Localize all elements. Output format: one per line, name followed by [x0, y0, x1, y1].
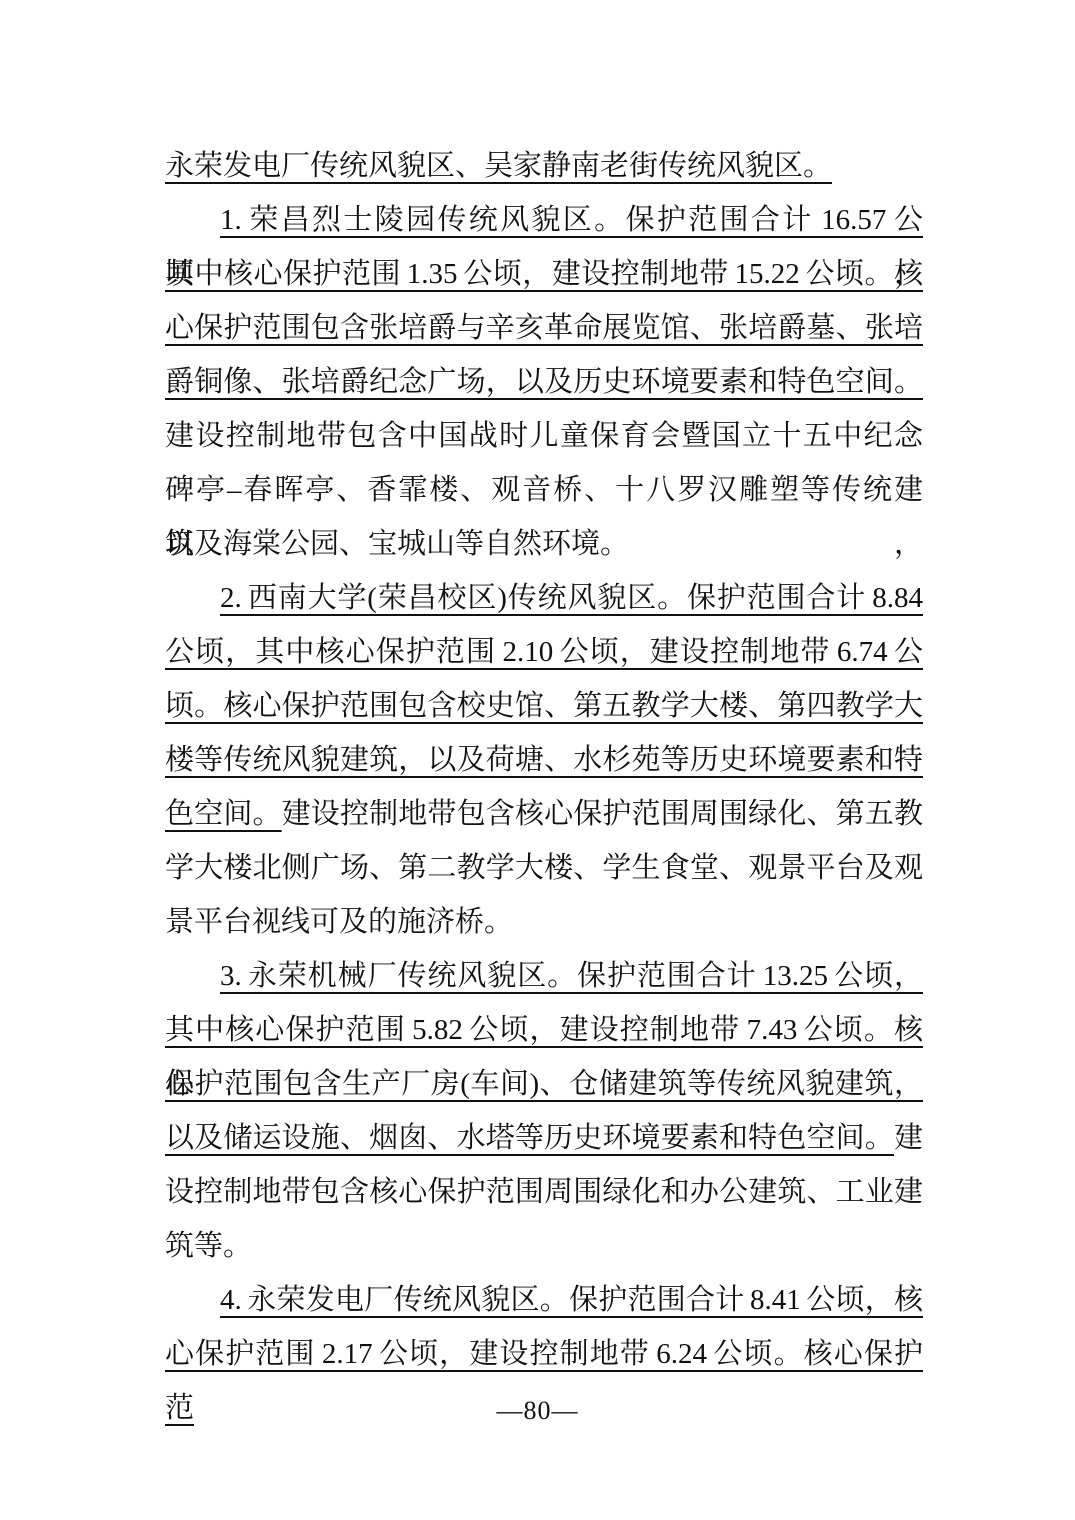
- document-page: 永荣发电厂传统风貌区、吴家静南老街传统风貌区。1. 荣昌烈士陵园传统风貌区。保护…: [0, 0, 1075, 1520]
- text-segment: 以及海棠公园、宝城山等自然环境。: [165, 528, 629, 560]
- text-line: 建设控制地带包含中国战时儿童保育会暨国立十五中纪念: [165, 409, 923, 463]
- page-number: —80—: [0, 1396, 1075, 1426]
- text-segment: 建设控制地带包含中国战时儿童保育会暨国立十五中纪念: [165, 420, 923, 452]
- underlined-text-segment: 爵铜像、张培爵纪念广场，以及历史环境要素和特色空间。: [165, 366, 923, 398]
- text-line: 爵铜像、张培爵纪念广场，以及历史环境要素和特色空间。: [165, 355, 923, 409]
- underlined-text-segment: 色空间。: [165, 798, 282, 830]
- text-line: 心保护范围 2.17 公顷，建设控制地带 6.24 公顷。核心保护范: [165, 1327, 923, 1381]
- underlined-text-segment: 2. 西南大学(荣昌校区)传统风貌区。保护范围合计 8.84: [220, 582, 923, 614]
- text-line: 2. 西南大学(荣昌校区)传统风貌区。保护范围合计 8.84: [165, 571, 923, 625]
- text-segment: 学大楼北侧广场、第二教学大楼、学生食堂、观景平台及观: [165, 852, 923, 884]
- text-line: 3. 永荣机械厂传统风貌区。保护范围合计 13.25 公顷，: [165, 949, 923, 1003]
- text-segment: 景平台视线可及的施济桥。: [165, 906, 513, 938]
- text-segment: 设控制地带包含核心保护范围周围绿化和办公建筑、工业建: [165, 1176, 923, 1208]
- text-line: 学大楼北侧广场、第二教学大楼、学生食堂、观景平台及观: [165, 841, 923, 895]
- text-line: 楼等传统风貌建筑，以及荷塘、水杉苑等历史环境要素和特: [165, 733, 923, 787]
- text-line: 公顷，其中核心保护范围 2.10 公顷，建设控制地带 6.74 公: [165, 625, 923, 679]
- underlined-text-segment: 其中核心保护范围 1.35 公顷，建设控制地带 15.22 公顷。核: [165, 258, 923, 290]
- text-line: 4. 永荣发电厂传统风貌区。保护范围合计 8.41 公顷，核: [165, 1273, 923, 1327]
- text-segment: 建设控制地带包含核心保护范围周围绿化、第五教: [282, 798, 923, 830]
- underlined-text-segment: 4. 永荣发电厂传统风貌区。保护范围合计 8.41 公顷，核: [220, 1284, 923, 1316]
- document-body: 永荣发电厂传统风貌区、吴家静南老街传统风貌区。1. 荣昌烈士陵园传统风貌区。保护…: [165, 139, 923, 1381]
- text-line: 色空间。建设控制地带包含核心保护范围周围绿化、第五教: [165, 787, 923, 841]
- underlined-text-segment: 3. 永荣机械厂传统风貌区。保护范围合计 13.25 公顷，: [220, 960, 923, 992]
- underlined-text-segment: 保护范围包含生产厂房(车间)、仓储建筑等传统风貌建筑，: [165, 1068, 923, 1100]
- text-line: 其中核心保护范围 1.35 公顷，建设控制地带 15.22 公顷。核: [165, 247, 923, 301]
- underlined-text-segment: 以及储运设施、烟囱、水塔等历史环境要素和特色空间。: [165, 1122, 894, 1154]
- text-line: 筑等。: [165, 1219, 923, 1273]
- underlined-text-segment: 永荣发电厂传统风貌区、吴家静南老街传统风貌区。: [165, 150, 832, 182]
- text-line: 景平台视线可及的施济桥。: [165, 895, 923, 949]
- text-line: 1. 荣昌烈士陵园传统风貌区。保护范围合计 16.57 公顷，: [165, 193, 923, 247]
- text-line: 设控制地带包含核心保护范围周围绿化和办公建筑、工业建: [165, 1165, 923, 1219]
- underlined-text-segment: 楼等传统风貌建筑，以及荷塘、水杉苑等历史环境要素和特: [165, 744, 923, 776]
- underlined-text-segment: 公顷，其中核心保护范围 2.10 公顷，建设控制地带 6.74 公: [165, 636, 923, 668]
- underlined-text-segment: 心保护范围包含张培爵与辛亥革命展览馆、张培爵墓、张培: [165, 312, 923, 344]
- underlined-text-segment: 顷。核心保护范围包含校史馆、第五教学大楼、第四教学大: [165, 690, 923, 722]
- text-line: 顷。核心保护范围包含校史馆、第五教学大楼、第四教学大: [165, 679, 923, 733]
- text-line: 以及储运设施、烟囱、水塔等历史环境要素和特色空间。建: [165, 1111, 923, 1165]
- text-segment: 建: [894, 1122, 923, 1154]
- text-line: 永荣发电厂传统风貌区、吴家静南老街传统风貌区。: [165, 139, 923, 193]
- text-line: 保护范围包含生产厂房(车间)、仓储建筑等传统风貌建筑，: [165, 1057, 923, 1111]
- text-line: 碑亭–春晖亭、香霏楼、观音桥、十八罗汉雕塑等传统建筑，: [165, 463, 923, 517]
- text-segment: 筑等。: [165, 1230, 252, 1262]
- text-line: 心保护范围包含张培爵与辛亥革命展览馆、张培爵墓、张培: [165, 301, 923, 355]
- text-line: 其中核心保护范围 5.82 公顷，建设控制地带 7.43 公顷。核心: [165, 1003, 923, 1057]
